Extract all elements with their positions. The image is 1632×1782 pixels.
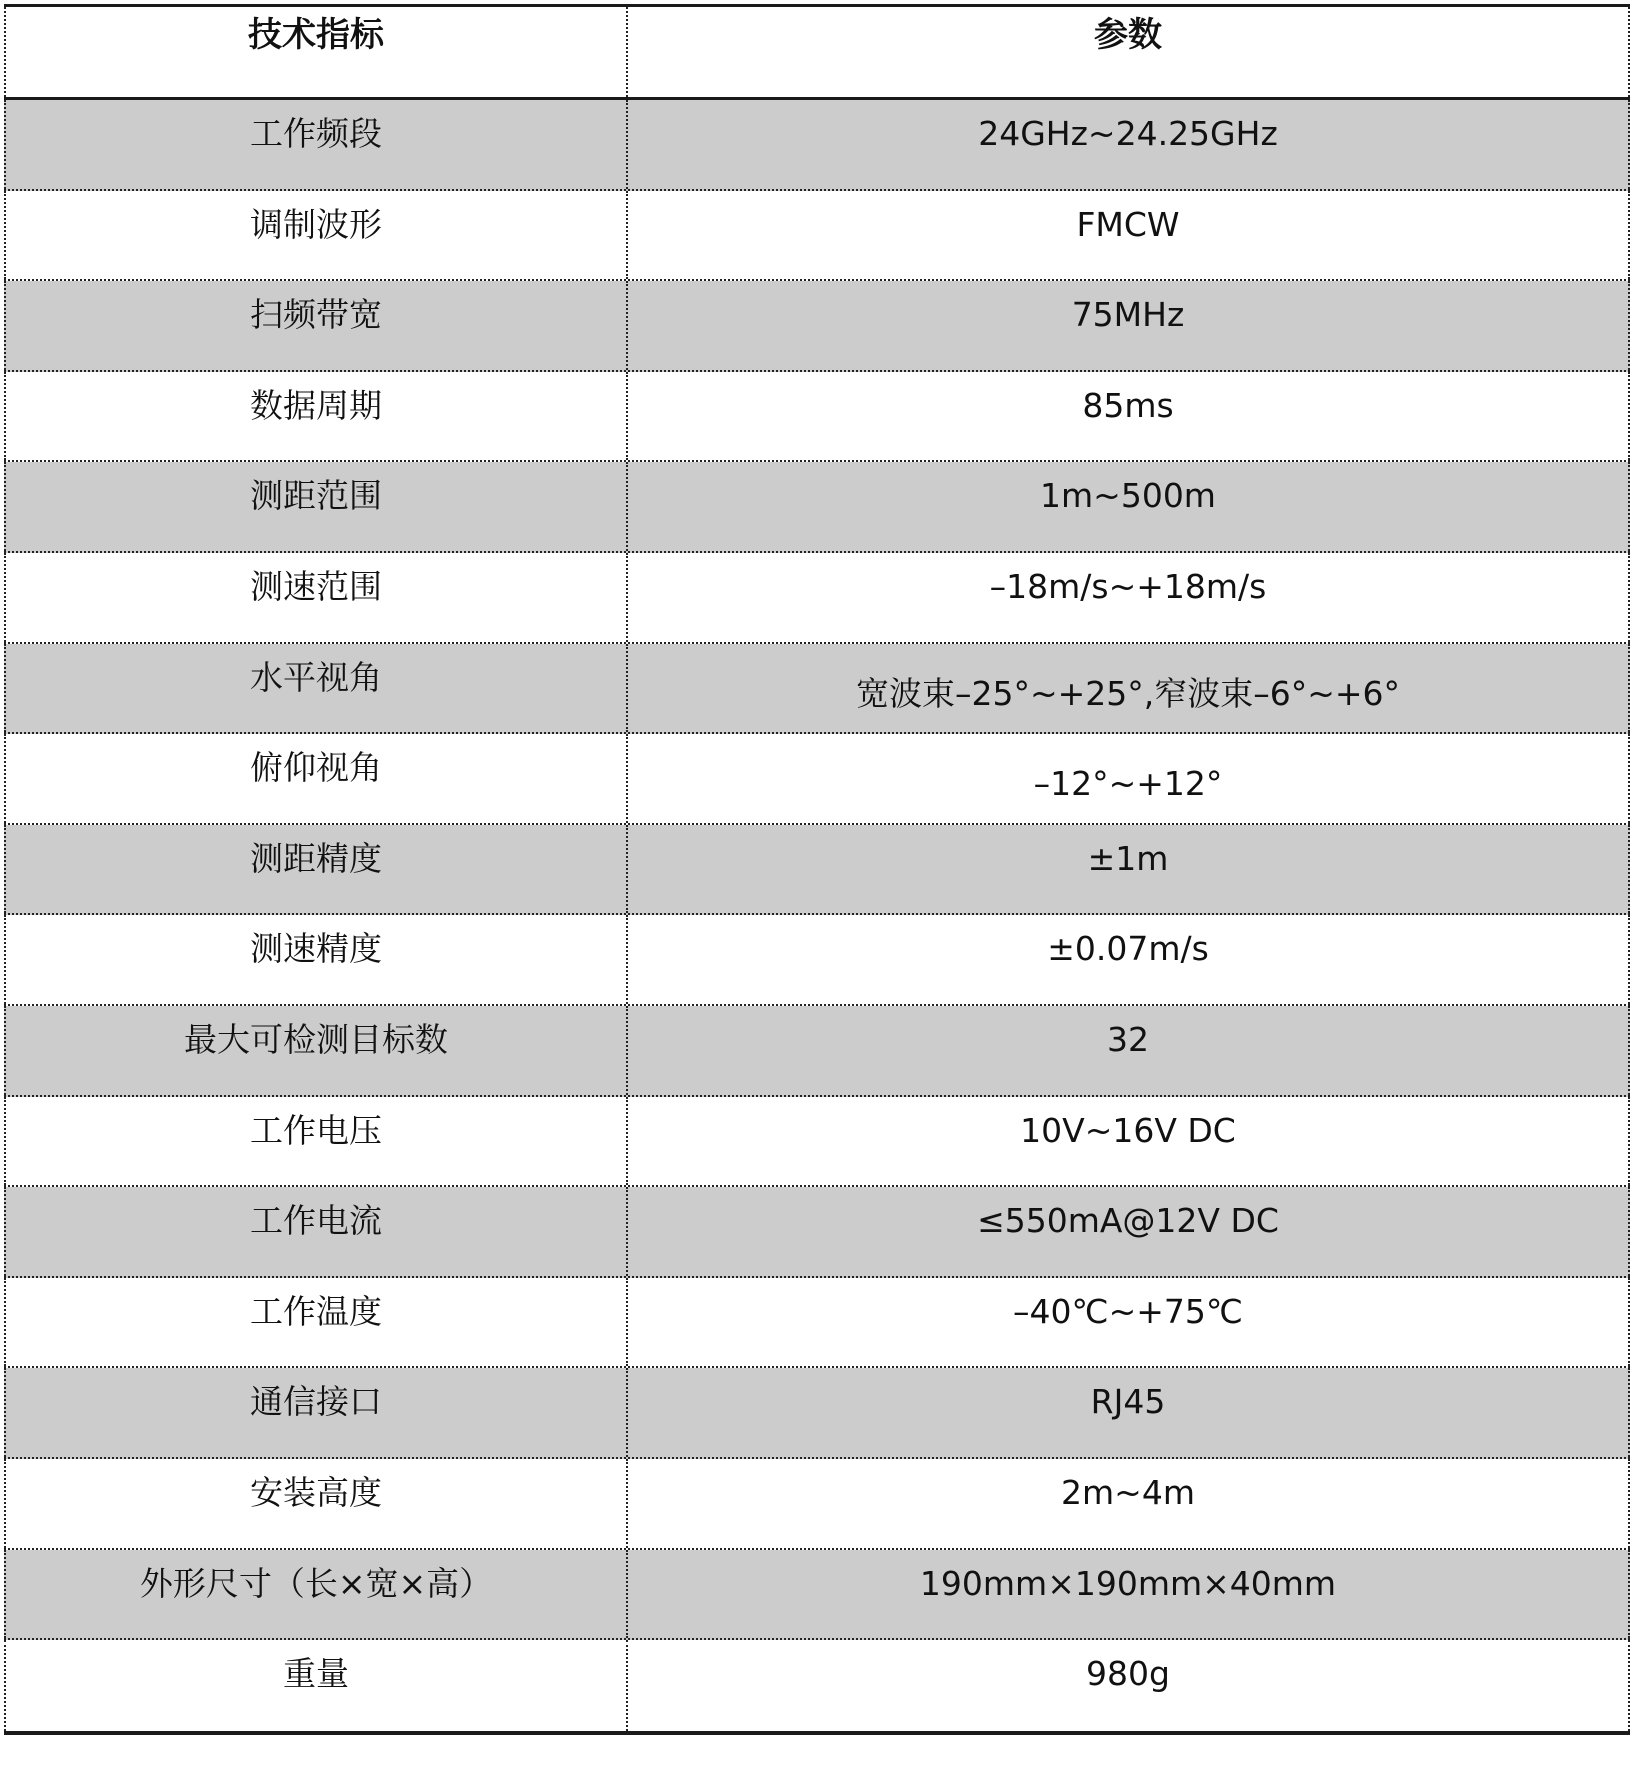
table-row: 调制波形FMCW — [4, 191, 1630, 282]
table-row: 测速精度±0.07m/s — [4, 915, 1630, 1006]
spec-value: 32 — [628, 1006, 1630, 1095]
spec-value: 24GHz~24.25GHz — [628, 100, 1630, 189]
table-row: 扫频带宽75MHz — [4, 281, 1630, 372]
spec-value: 85ms — [628, 372, 1630, 461]
spec-label: 测速精度 — [4, 915, 628, 1004]
spec-value: 190mm×190mm×40mm — [628, 1550, 1630, 1639]
header-row: 技术指标 参数 — [4, 7, 1630, 100]
table-row: 测距范围1m~500m — [4, 462, 1630, 553]
spec-value: FMCW — [628, 191, 1630, 280]
spec-label: 外形尺寸（长×宽×高） — [4, 1550, 628, 1639]
spec-label: 通信接口 — [4, 1368, 628, 1457]
table-row: 工作频段24GHz~24.25GHz — [4, 100, 1630, 191]
header-spec: 技术指标 — [4, 7, 628, 97]
spec-value: ±0.07m/s — [628, 915, 1630, 1004]
spec-value: 1m~500m — [628, 462, 1630, 551]
spec-table: 技术指标 参数 工作频段24GHz~24.25GHz 调制波形FMCW 扫频带宽… — [4, 4, 1630, 1735]
spec-label: 安装高度 — [4, 1459, 628, 1548]
spec-value: –18m/s~+18m/s — [628, 553, 1630, 642]
table-row: 工作电流≤550mA@12V DC — [4, 1187, 1630, 1278]
spec-value: –40℃~+75℃ — [628, 1278, 1630, 1367]
table-row: 俯仰视角–12°~+12° — [4, 734, 1630, 825]
table-row: 安装高度2m~4m — [4, 1459, 1630, 1550]
spec-value: ≤550mA@12V DC — [628, 1187, 1630, 1276]
spec-value: 980g — [628, 1640, 1630, 1731]
table-row: 最大可检测目标数32 — [4, 1006, 1630, 1097]
table-row: 数据周期85ms — [4, 372, 1630, 463]
spec-label: 测距精度 — [4, 825, 628, 914]
table-row: 外形尺寸（长×宽×高）190mm×190mm×40mm — [4, 1550, 1630, 1641]
spec-label: 工作频段 — [4, 100, 628, 189]
table-row: 重量980g — [4, 1640, 1630, 1731]
table-row: 通信接口RJ45 — [4, 1368, 1630, 1459]
spec-label: 水平视角 — [4, 644, 628, 733]
spec-value: 75MHz — [628, 281, 1630, 370]
spec-value: ±1m — [628, 825, 1630, 914]
spec-label: 最大可检测目标数 — [4, 1006, 628, 1095]
spec-label: 调制波形 — [4, 191, 628, 280]
spec-label: 扫频带宽 — [4, 281, 628, 370]
spec-label: 数据周期 — [4, 372, 628, 461]
spec-label: 重量 — [4, 1640, 628, 1731]
spec-value: –12°~+12° — [628, 734, 1630, 823]
spec-label: 俯仰视角 — [4, 734, 628, 823]
table-row: 工作电压10V~16V DC — [4, 1097, 1630, 1188]
spec-label: 工作电流 — [4, 1187, 628, 1276]
spec-value: 宽波束–25°~+25°,窄波束–6°~+6° — [628, 644, 1630, 733]
header-param: 参数 — [628, 7, 1630, 97]
spec-value: RJ45 — [628, 1368, 1630, 1457]
spec-label: 测速范围 — [4, 553, 628, 642]
table-row: 测距精度±1m — [4, 825, 1630, 916]
table-row: 工作温度–40℃~+75℃ — [4, 1278, 1630, 1369]
spec-label: 工作电压 — [4, 1097, 628, 1186]
spec-label: 工作温度 — [4, 1278, 628, 1367]
bottom-rule — [4, 1731, 1630, 1735]
table-row: 水平视角宽波束–25°~+25°,窄波束–6°~+6° — [4, 644, 1630, 735]
spec-value: 10V~16V DC — [628, 1097, 1630, 1186]
spec-label: 测距范围 — [4, 462, 628, 551]
spec-value: 2m~4m — [628, 1459, 1630, 1548]
table-row: 测速范围–18m/s~+18m/s — [4, 553, 1630, 644]
